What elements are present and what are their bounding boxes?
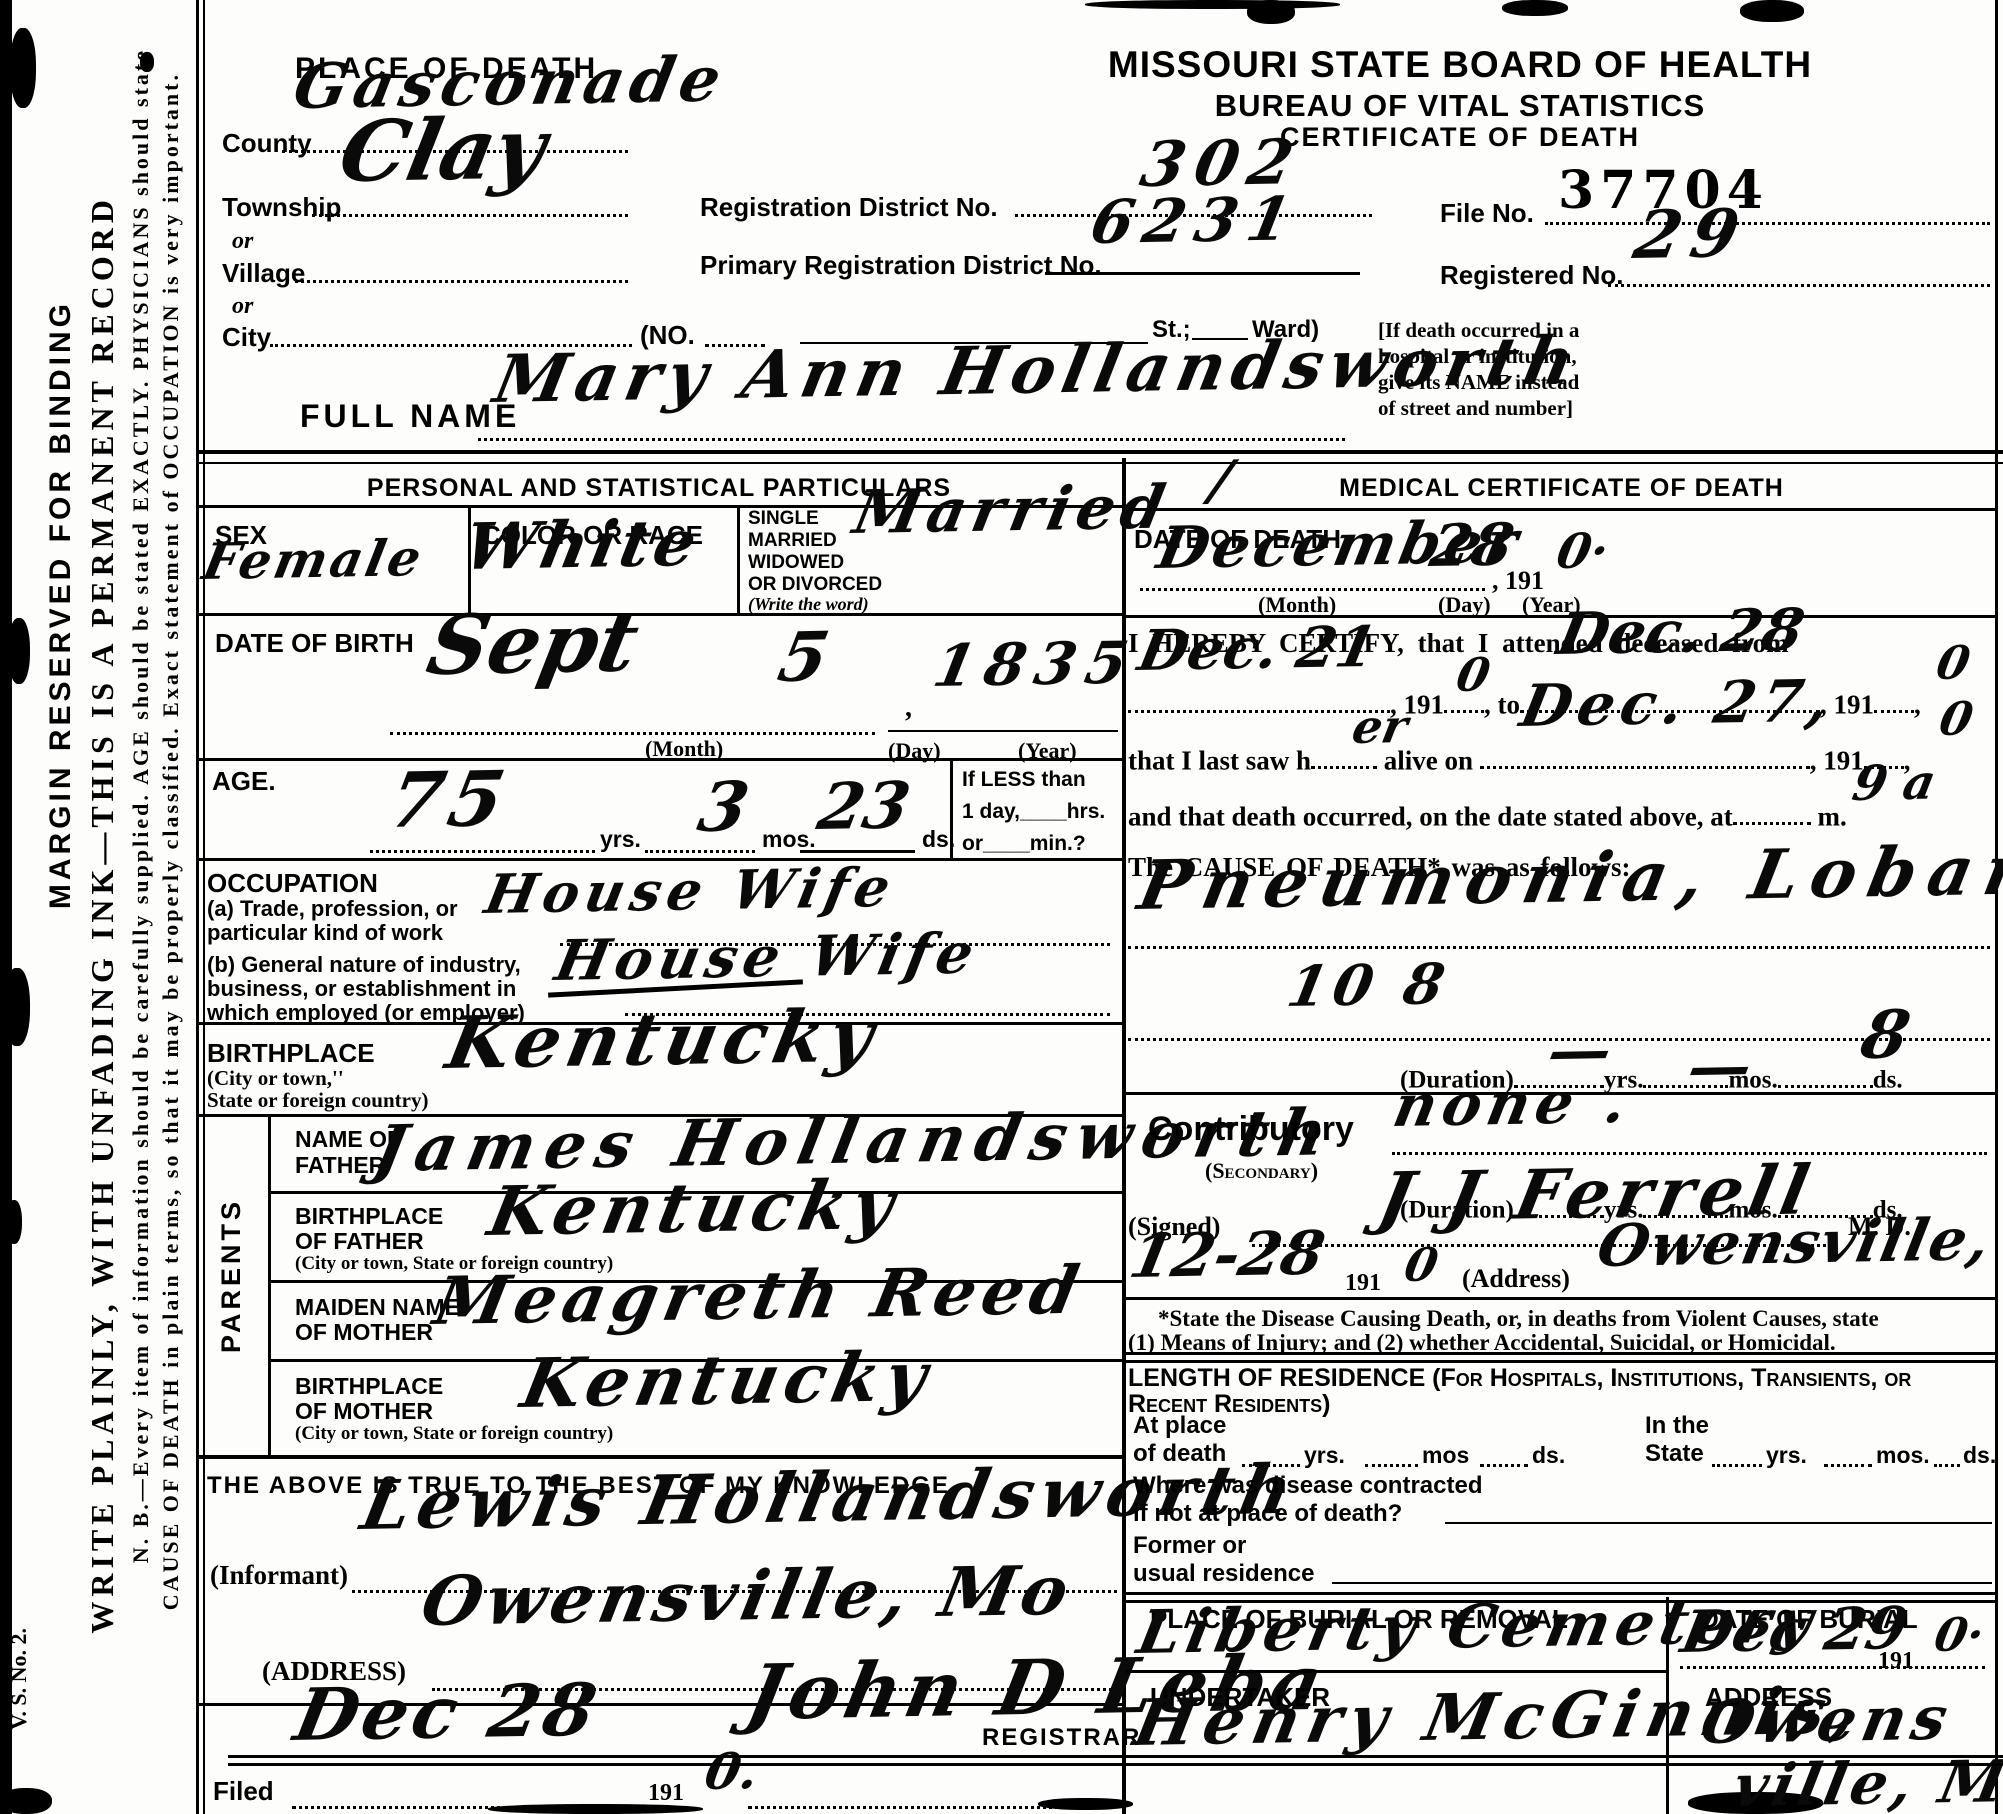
burial-date-line: [1680, 1640, 1985, 1669]
filed-label: Filed: [213, 1776, 274, 1807]
in-state-label-line2: State: [1645, 1440, 1704, 1468]
rule: [196, 758, 1122, 761]
mother-name-value: Meagreth Reed: [428, 1251, 1091, 1340]
blank-line: [1445, 1522, 1992, 1524]
yrs-caption: yrs.: [1304, 1442, 1345, 1469]
bureau-title: BUREAU OF VITAL STATISTICS: [980, 88, 1940, 124]
occupation-label: OCCUPATION: [207, 868, 378, 899]
dob-month-value: Sept: [420, 594, 646, 694]
rule: [1126, 1670, 1666, 1673]
margin-nb-note-line2: CAUSE OF DEATH in plain terms, so that i…: [158, 72, 184, 1610]
race-value: White: [458, 506, 706, 585]
rule: [196, 613, 1122, 616]
cell-divider: [737, 505, 740, 615]
scan-artifact: [10, 28, 36, 108]
or-label: or: [232, 228, 253, 255]
attended-to-value: Dec. 28: [1552, 596, 1810, 668]
marital-label-line3: WIDOWED: [748, 552, 844, 574]
dob-year-value: 1835: [928, 628, 1143, 700]
parents-divider: [268, 1114, 271, 1455]
bottom-rule: [228, 1755, 2003, 1766]
or-label: or: [232, 293, 253, 320]
blank-line: [1332, 1582, 1992, 1584]
residence-header-line1: LENGTH OF RESIDENCE (For Hospitals, Inst…: [1128, 1364, 1911, 1393]
mother-birthplace-label-line2: OF MOTHER: [295, 1398, 433, 1425]
signed-year-printed: 191: [1345, 1270, 1381, 1297]
mother-name-label-line2: OF MOTHER: [295, 1319, 433, 1346]
death-year-value: 0·: [1552, 523, 1613, 580]
mos-caption: mos.: [1876, 1442, 1930, 1469]
form-number: V. S. No. 2.: [6, 1628, 32, 1730]
if-less-label-line2: 1 day,____hrs.: [962, 800, 1105, 824]
duration-note-value: 10 8: [1282, 951, 1456, 1020]
scan-edge-bar: [0, 0, 12, 1814]
scan-artifact: [1247, 0, 1295, 24]
margin-permanent-note: WRITE PLAINLY, WITH UNFADING INK—THIS IS…: [84, 195, 121, 1634]
certify-statement-line4: and that death occurred, on the date sta…: [1128, 798, 1847, 832]
marital-label-line1: SINGLE: [748, 508, 819, 530]
mother-birthplace-label-line1: BIRTHPLACE: [295, 1373, 443, 1400]
scan-artifact: [1085, 0, 1340, 9]
if-less-label-line1: If LESS than: [962, 768, 1086, 792]
duration-ds-value: 8: [1855, 995, 1916, 1074]
marital-label-line5: (Write the word): [748, 594, 869, 615]
registration-district-label: Registration District No.: [700, 192, 998, 223]
printed-text: ,: [1914, 689, 1921, 719]
filed-year-printed: 191: [648, 1780, 684, 1807]
age-line: [645, 822, 755, 853]
cause-of-death-value: Pneumonia, Lobar.: [1132, 830, 2003, 926]
sex-value: Female: [198, 528, 429, 591]
registrar-label: REGISTRAR: [982, 1724, 1141, 1752]
occupation-b-label-line2: business, or establishment in: [207, 976, 516, 1002]
blank-line: [1874, 686, 1914, 713]
contributory-label: Contributory: [1148, 1110, 1354, 1149]
blank-line: [1242, 1438, 1300, 1467]
former-residence-label-line1: Former or: [1133, 1532, 1246, 1560]
mos-caption: mos: [1422, 1442, 1469, 1469]
ds-caption: ds.: [1532, 1442, 1565, 1469]
blank-line: [1480, 1438, 1528, 1467]
board-title: MISSOURI STATE BOARD OF HEALTH: [980, 44, 1940, 86]
disease-contracted-label-line1: Where was disease contracted: [1133, 1472, 1482, 1500]
margin-binding-note: MARGIN RESERVED FOR BINDING: [44, 300, 78, 909]
mother-birthplace-value: Kentucky: [515, 1337, 939, 1424]
filed-line: [292, 1778, 640, 1809]
informant-address-value: Owensville, Mo: [415, 1551, 1080, 1642]
yrs-caption: yrs.: [1766, 1442, 1807, 1469]
form-left-border: [203, 0, 205, 1814]
if-less-label-line3: or____min.?: [962, 832, 1086, 856]
dob-day-value: 5: [772, 617, 835, 698]
occupation-a-label-line1: (a) Trade, profession, or: [207, 896, 458, 922]
registered-no-label: Registered No.: [1440, 260, 1624, 291]
signed-address-label: (Address): [1462, 1264, 1570, 1294]
signed-address-value: Owensville, Mo.: [1592, 1203, 2003, 1280]
mos-caption: mos.: [762, 826, 816, 853]
blank-line: [1733, 798, 1811, 825]
scan-artifact: [1740, 0, 1804, 22]
village-label: Village: [222, 258, 305, 289]
birthplace-sub-line2: State or foreign country): [207, 1088, 428, 1113]
ds-caption: ds.: [1963, 1442, 1996, 1469]
at-place-label-line1: At place: [1133, 1412, 1226, 1440]
printed-text: m.: [1811, 801, 1847, 831]
section-divider-rule: [196, 450, 2003, 464]
age-days-value: 23: [812, 768, 916, 845]
dob-label: DATE OF BIRTH: [215, 628, 414, 659]
father-birthplace-value: Kentucky: [482, 1165, 906, 1252]
at-place-label-line2: of death: [1133, 1440, 1226, 1468]
father-birthplace-label-line1: BIRTHPLACE: [295, 1203, 443, 1230]
printed-text: and that death occurred, on the date sta…: [1128, 801, 1733, 831]
death-time-value: 9 a: [1848, 755, 1940, 812]
primary-district-line: [1045, 272, 1360, 275]
birthplace-value: Kentucky: [440, 993, 886, 1085]
age-label: AGE.: [212, 766, 276, 797]
parents-label: PARENTS: [216, 1198, 247, 1353]
printed-text: , to: [1484, 689, 1520, 719]
blank-line: [1128, 686, 1390, 713]
printed-text: that I last saw h: [1128, 745, 1311, 775]
scan-artifact: [6, 1200, 22, 1244]
blank-line: [1365, 1438, 1418, 1467]
primary-district-value: 6231: [1085, 184, 1306, 258]
file-no-label: File No.: [1440, 198, 1534, 229]
undertaker-address-value-line1: Owens: [1695, 1684, 1959, 1758]
disease-contracted-label-line2: if not at place of death?: [1133, 1500, 1402, 1528]
rule: [1126, 508, 1997, 511]
attended-to-year-value: 0: [1932, 635, 1975, 690]
mother-birthplace-sub: (City or town, State or foreign country): [295, 1423, 613, 1445]
former-residence-label-line2: usual residence: [1133, 1560, 1314, 1588]
margin-nb-note-line1: N. B.—Every item of information should b…: [128, 48, 154, 1563]
occupation-a-value: House Wife: [480, 855, 902, 926]
death-certificate-scan: V. S. No. 2. MARGIN RESERVED FOR BINDING…: [0, 0, 2003, 1814]
scan-artifact: [1502, 0, 1568, 16]
primary-district-label: Primary Registration District No.: [700, 250, 1102, 281]
marital-label-line2: MARRIED: [748, 530, 837, 552]
scan-artifact: [4, 968, 30, 1046]
registered-no-value: 29: [1628, 194, 1755, 274]
attended-from-value: Dec. 21: [1133, 614, 1382, 684]
age-line: [800, 850, 915, 853]
certify-statement-line3: that I last saw h alive on , 191,: [1128, 742, 1911, 776]
dob-comma: ,: [905, 692, 912, 724]
secondary-caption: (Secondary): [1205, 1158, 1318, 1184]
medical-section-title: MEDICAL CERTIFICATE OF DEATH: [1126, 474, 1997, 503]
blank-line: [1712, 1438, 1762, 1467]
footnote-line1: *State the Disease Causing Death, or, in…: [1158, 1306, 1879, 1332]
registrar-line: [748, 1778, 1108, 1809]
signed-date-value: 12-28: [1124, 1219, 1330, 1292]
dob-line: [390, 702, 875, 735]
blank-line: [1934, 1438, 1960, 1467]
last-saw-year-value: 0: [1935, 691, 1978, 746]
filed-date-value: Dec 28: [288, 1667, 607, 1757]
contributory-value: none .: [1388, 1068, 1638, 1140]
last-saw-date-value: Dec. 27,: [1515, 667, 1841, 740]
occupation-b-label-line1: (b) General nature of industry,: [207, 952, 521, 978]
blank-line: [1480, 742, 1810, 769]
marital-label-line4: OR DIVORCED: [748, 574, 882, 596]
rule-double: [1126, 1352, 1997, 1363]
cause-line: [1128, 918, 1990, 949]
father-birthplace-label-line2: OF FATHER: [295, 1228, 424, 1255]
informant-label: (Informant): [210, 1560, 348, 1591]
blank-line: [1824, 1438, 1872, 1467]
form-left-border: [196, 0, 199, 1814]
birthplace-label: BIRTHPLACE: [207, 1038, 375, 1069]
scan-artifact: [0, 1788, 52, 1814]
certificate-title: CERTIFICATE OF DEATH: [980, 122, 1940, 153]
village-line: [295, 250, 628, 283]
age-line: [370, 822, 595, 853]
occupation-a-label-line2: particular kind of work: [207, 920, 443, 946]
dob-line: [888, 730, 1118, 732]
yrs-caption: yrs.: [600, 826, 641, 853]
in-state-label-line1: In the: [1645, 1412, 1709, 1440]
cell-divider: [950, 758, 953, 858]
city-label: City: [222, 322, 271, 353]
rule: [1126, 1297, 1997, 1300]
township-value: Clay: [332, 98, 554, 201]
pronoun-value: er: [1348, 699, 1412, 754]
scan-artifact: [8, 618, 30, 684]
